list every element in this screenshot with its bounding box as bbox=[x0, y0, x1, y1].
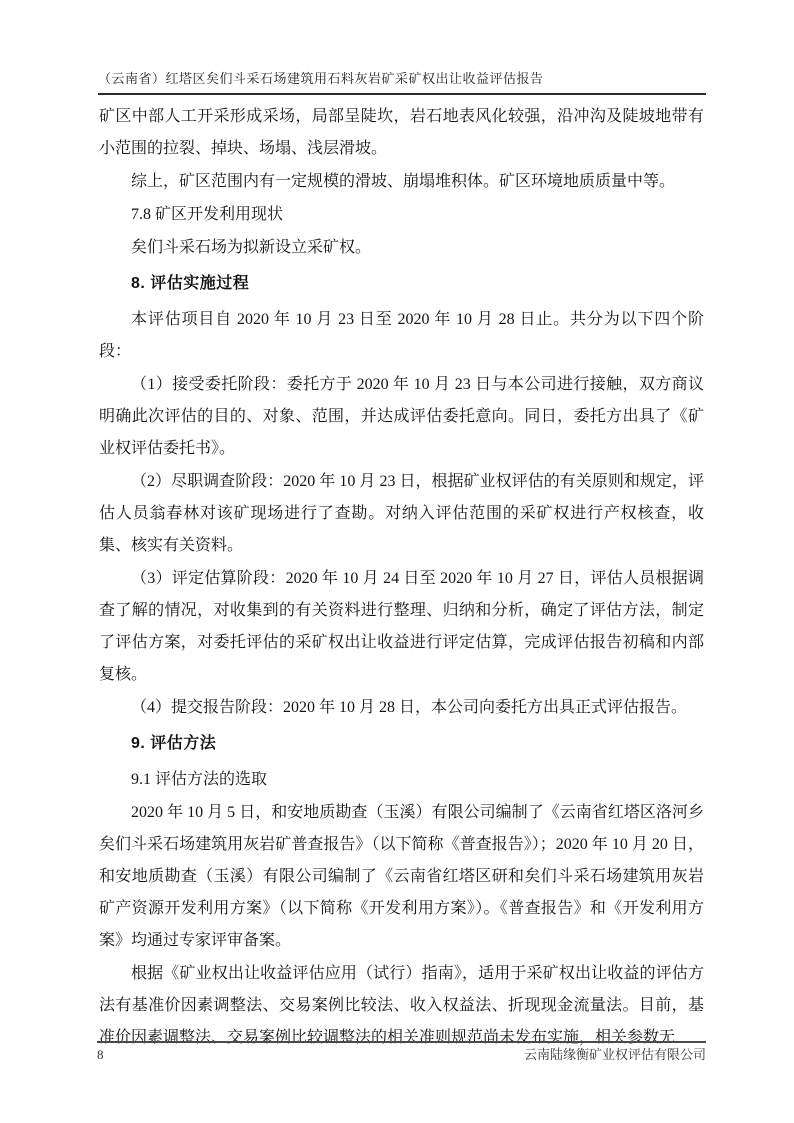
paragraph-stage-3-assessment: （3）评定估算阶段：2020 年 10 月 24 日至 2020 年 10 月 … bbox=[99, 563, 704, 691]
page-body: 矿区中部人工开采形成采场，局部呈陡坎，岩石地表风化较强，沿冲沟及陡坡地带有小范围… bbox=[99, 100, 704, 1055]
paragraph-survey-reports: 2020 年 10 月 5 日，和安地质勘查（玉溪）有限公司编制了《云南省红塔区… bbox=[99, 797, 704, 957]
report-page: （云南省）红塔区矣们斗采石场建筑用石料灰岩矿采矿权出让收益评估报告 矿区中部人工… bbox=[0, 0, 794, 1123]
paragraph-mining-area-condition: 矿区中部人工开采形成采场，局部呈陡坎，岩石地表风化较强，沿冲沟及陡坡地带有小范围… bbox=[99, 101, 704, 165]
paragraph-stage-2-due-diligence: （2）尽职调查阶段：2020 年 10 月 23 日，根据矿业权评估的有关原则和… bbox=[99, 466, 704, 562]
paragraph-project-duration: 本评估项目自 2020 年 10 月 23 日至 2020 年 10 月 28 … bbox=[99, 304, 704, 368]
footer-page-number: 8 bbox=[97, 1046, 104, 1063]
section-title-7-8: 7.8 矿区开发利用现状 bbox=[99, 199, 704, 231]
paragraph-stage-1-engagement: （1）接受委托阶段：委托方于 2020 年 10 月 23 日与本公司进行接触，… bbox=[99, 369, 704, 465]
paragraph-new-mining-right: 矣们斗采石场为拟新设立采矿权。 bbox=[99, 232, 704, 264]
section-heading-9: 9. 评估方法 bbox=[99, 728, 704, 760]
footer-company-name: 云南陆缘衡矿业权评估有限公司 bbox=[524, 1046, 706, 1063]
section-title-9-1: 9.1 评估方法的选取 bbox=[99, 764, 704, 796]
paragraph-stage-4-report-delivery: （4）提交报告阶段：2020 年 10 月 28 日，本公司向委托方出具正式评估… bbox=[99, 692, 704, 724]
section-heading-8: 8. 评估实施过程 bbox=[99, 268, 704, 300]
paragraph-valuation-methods: 根据《矿业权出让收益评估应用（试行）指南》，适用于采矿权出让收益的评估方法有基准… bbox=[99, 958, 704, 1054]
running-title: （云南省）红塔区矣们斗采石场建筑用石料灰岩矿采矿权出让收益评估报告 bbox=[98, 71, 544, 86]
page-footer: 8 云南陆缘衡矿业权评估有限公司 bbox=[97, 1041, 706, 1063]
paragraph-summary: 综上，矿区范围内有一定规模的滑坡、崩塌堆积体。矿区环境地质质量中等。 bbox=[99, 166, 704, 198]
page-header: （云南省）红塔区矣们斗采石场建筑用石料灰岩矿采矿权出让收益评估报告 bbox=[98, 70, 706, 95]
